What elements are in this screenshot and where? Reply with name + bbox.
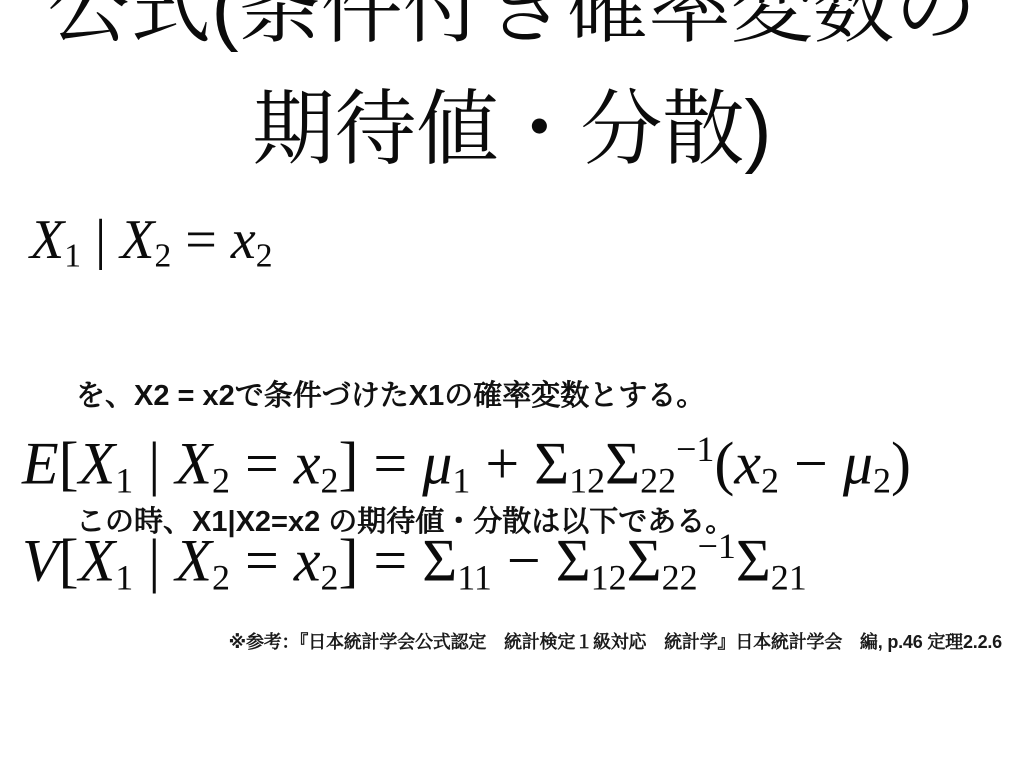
formula-token: 2: [873, 461, 891, 501]
formula-token: 2: [320, 558, 338, 598]
formula-token: 1: [452, 461, 470, 501]
slide-title: 公式(条件付き確率変数の 期待値・分散): [0, 0, 1024, 191]
formula-token: 2: [256, 238, 273, 275]
formula-token: Σ: [422, 527, 457, 593]
formula-token: 21: [771, 558, 807, 598]
formula-token: x: [294, 527, 321, 593]
formula-token: E: [22, 430, 59, 496]
formula-token: X: [30, 209, 64, 271]
formula-token: Σ: [627, 527, 662, 593]
formula-token: −1: [676, 429, 714, 469]
formula-token: X: [120, 209, 154, 271]
formula-token: =: [171, 209, 231, 271]
formula-conditional-expectation: E[X1 | X2 = x2] = μ1 + Σ12Σ22−1(x2 − μ2): [22, 428, 911, 502]
slide-title-line-2: 期待値・分散): [0, 69, 1024, 191]
formula-token: |: [133, 430, 175, 496]
formula-token: −: [779, 430, 843, 496]
formula-token: 1: [64, 238, 81, 275]
formula-token: ] =: [338, 430, 422, 496]
formula-token: |: [81, 209, 120, 271]
formula-token: ] =: [338, 527, 422, 593]
formula-token: μ: [843, 430, 873, 496]
formula-token: |: [133, 527, 175, 593]
formula-token: ): [891, 430, 911, 496]
formula-token: [: [59, 430, 79, 496]
formula-token: 2: [212, 558, 230, 598]
formula-token: −: [492, 527, 556, 593]
formula-token: V: [22, 527, 59, 593]
slide-title-line-1: 公式(条件付き確率変数の: [0, 0, 1024, 69]
formula-token: X: [175, 430, 212, 496]
slide: 公式(条件付き確率変数の 期待値・分散) X1 | X2 = x2 を、X2 =…: [0, 0, 1024, 768]
formula-token: (: [714, 430, 734, 496]
formula-token: [: [59, 527, 79, 593]
formula-token: −1: [698, 526, 736, 566]
formula-token: 11: [457, 558, 492, 598]
formula-conditional-random-variable: X1 | X2 = x2: [30, 208, 273, 276]
formula-token: 1: [115, 558, 133, 598]
formula-token: X: [79, 527, 116, 593]
formula-token: 12: [591, 558, 627, 598]
formula-token: 2: [761, 461, 779, 501]
formula-token: 22: [640, 461, 676, 501]
formula-token: 2: [320, 461, 338, 501]
formula-token: x: [294, 430, 321, 496]
formula-token: 1: [115, 461, 133, 501]
definition-line-1: を、X2 = x2で条件づけたX1の確率変数とする。: [76, 375, 734, 417]
formula-token: x: [231, 209, 256, 271]
formula-token: 2: [212, 461, 230, 501]
reference-note: ※参考：『日本統計学会公式認定 統計検定１級対応 統計学』日本統計学会 編, p…: [229, 628, 1002, 654]
formula-token: X: [79, 430, 116, 496]
formula-token: +: [470, 430, 534, 496]
formula-token: 22: [662, 558, 698, 598]
formula-token: Σ: [556, 527, 591, 593]
formula-token: Σ: [736, 527, 771, 593]
formula-token: =: [230, 527, 294, 593]
formula-conditional-variance: V[X1 | X2 = x2] = Σ11 − Σ12Σ22−1Σ21: [22, 525, 807, 599]
formula-token: Σ: [605, 430, 640, 496]
formula-token: =: [230, 430, 294, 496]
formula-token: X: [175, 527, 212, 593]
formula-token: 12: [569, 461, 605, 501]
formula-token: Σ: [534, 430, 569, 496]
formula-token: x: [734, 430, 761, 496]
formula-token: μ: [422, 430, 452, 496]
formula-token: 2: [154, 238, 171, 275]
